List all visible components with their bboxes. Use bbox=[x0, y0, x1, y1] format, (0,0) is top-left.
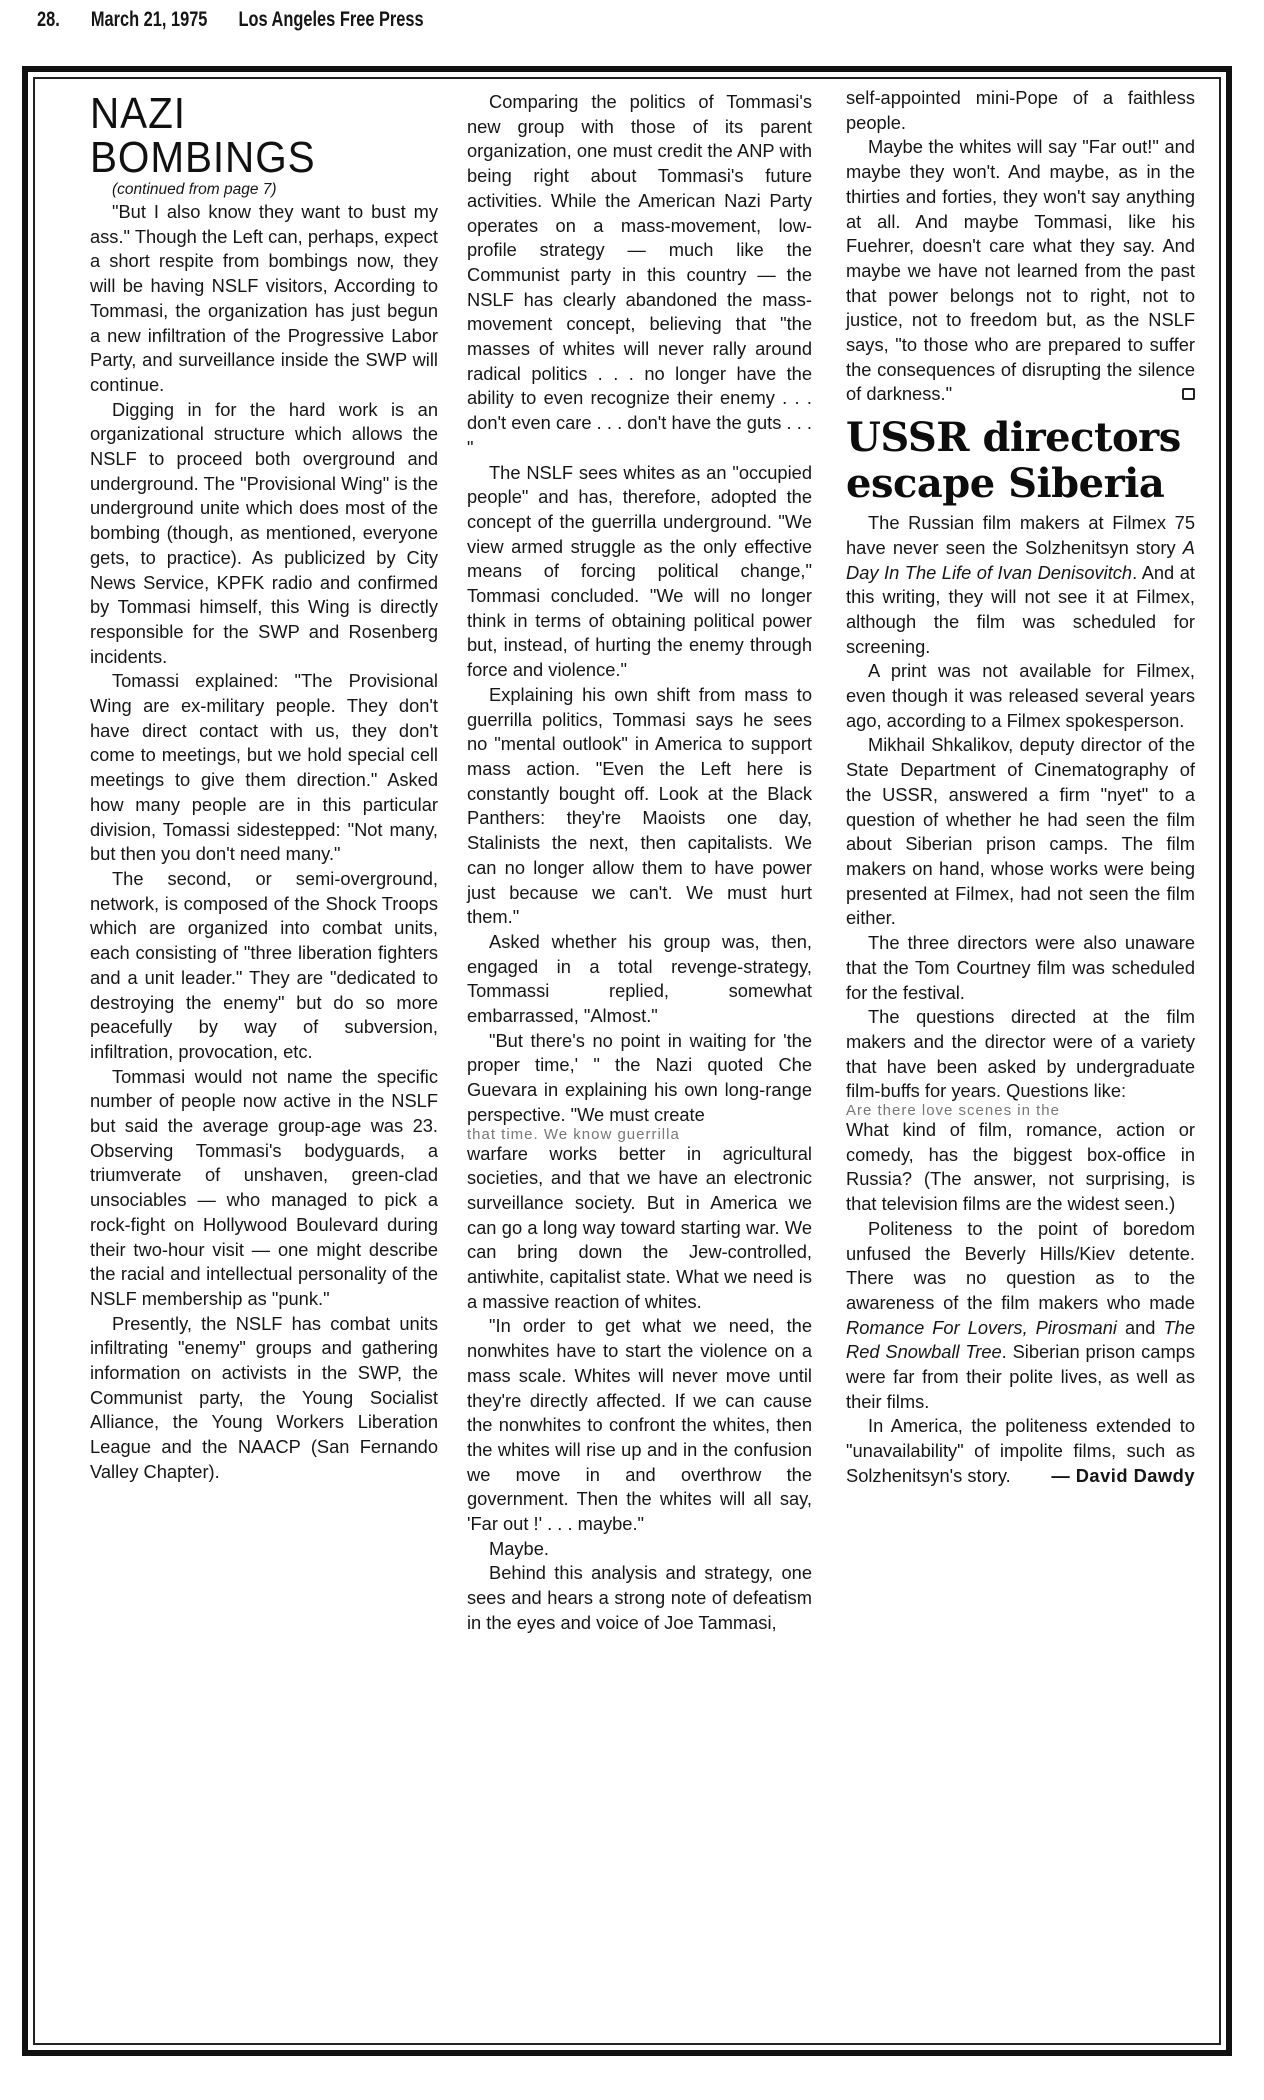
paragraph: The Russian film makers at Filmex 75 hav… bbox=[846, 511, 1195, 659]
paragraph: Maybe the whites will say "Far out!" and… bbox=[846, 135, 1195, 407]
paragraph: Politeness to the point of boredom unfus… bbox=[846, 1217, 1195, 1415]
paragraph: The questions directed at the film maker… bbox=[846, 1005, 1195, 1104]
paragraph: warfare works better in agricultural soc… bbox=[467, 1142, 812, 1315]
issue-date: March 21, 1975 bbox=[91, 8, 208, 31]
paragraph: Tomassi explained: "The Provisional Wing… bbox=[90, 669, 438, 867]
paragraph: What kind of film, romance, action or co… bbox=[846, 1118, 1195, 1217]
byline: — David Dawdy bbox=[1029, 1464, 1195, 1489]
column-2: Comparing the politics of Tommasi's new … bbox=[467, 90, 812, 1636]
misprinted-line: Are there love scenes in the bbox=[846, 1104, 1195, 1118]
paragraph-text: Maybe the whites will say "Far out!" and… bbox=[846, 136, 1195, 404]
paragraph: Explaining his own shift from mass to gu… bbox=[467, 683, 812, 930]
headline-line-2: BOMBINGS bbox=[90, 136, 410, 180]
paragraph: self-appointed mini-Pope of a faithless … bbox=[846, 86, 1195, 135]
paragraph: Mikhail Shkalikov, deputy director of th… bbox=[846, 733, 1195, 931]
column-1: NAZI BOMBINGS (continued from page 7) "B… bbox=[90, 88, 438, 1485]
paragraph: Digging in for the hard work is an organ… bbox=[90, 398, 438, 670]
paragraph: Tommasi would not name the specific numb… bbox=[90, 1065, 438, 1312]
masthead: 28. March 21, 1975 Los Angeles Free Pres… bbox=[37, 8, 450, 38]
column-3: self-appointed mini-Pope of a faithless … bbox=[846, 86, 1195, 1489]
paragraph: The three directors were also unaware th… bbox=[846, 931, 1195, 1005]
paragraph: Comparing the politics of Tommasi's new … bbox=[467, 90, 812, 461]
film-titles: Romance For Lovers, Pirosmani bbox=[846, 1317, 1117, 1338]
paragraph: "But I also know they want to bust my as… bbox=[90, 200, 438, 398]
paragraph: Asked whether his group was, then, engag… bbox=[467, 930, 812, 1029]
paragraph: Behind this analysis and strategy, one s… bbox=[467, 1561, 812, 1635]
page-number: 28. bbox=[37, 8, 60, 31]
paragraph: "In order to get what we need, the nonwh… bbox=[467, 1314, 812, 1536]
paragraph-text: and bbox=[1117, 1317, 1164, 1338]
headline-ussr-directors: USSR directors escape Siberia bbox=[846, 415, 1195, 507]
paragraph: The second, or semi-overground, network,… bbox=[90, 867, 438, 1065]
paragraph: Presently, the NSLF has combat units inf… bbox=[90, 1312, 438, 1485]
continued-from-note: (continued from page 7) bbox=[90, 180, 438, 200]
headline-nazi-bombings: NAZI BOMBINGS bbox=[90, 92, 410, 180]
misprinted-line: that time. We know guerrilla bbox=[467, 1128, 812, 1142]
paragraph: "But there's no point in waiting for 'th… bbox=[467, 1029, 812, 1128]
paragraph: A print was not available for Filmex, ev… bbox=[846, 659, 1195, 733]
publication-name: Los Angeles Free Press bbox=[238, 8, 423, 31]
paragraph: In America, the politeness extended to "… bbox=[846, 1414, 1195, 1488]
paragraph: Maybe. bbox=[467, 1537, 812, 1562]
paragraph-text: Politeness to the point of boredom unfus… bbox=[846, 1218, 1195, 1313]
headline-line-1: NAZI bbox=[90, 92, 410, 136]
paragraph-text: The Russian film makers at Filmex 75 hav… bbox=[846, 512, 1195, 558]
paragraph: The NSLF sees whites as an "occupied peo… bbox=[467, 461, 812, 683]
end-of-article-box-icon bbox=[1182, 388, 1195, 400]
